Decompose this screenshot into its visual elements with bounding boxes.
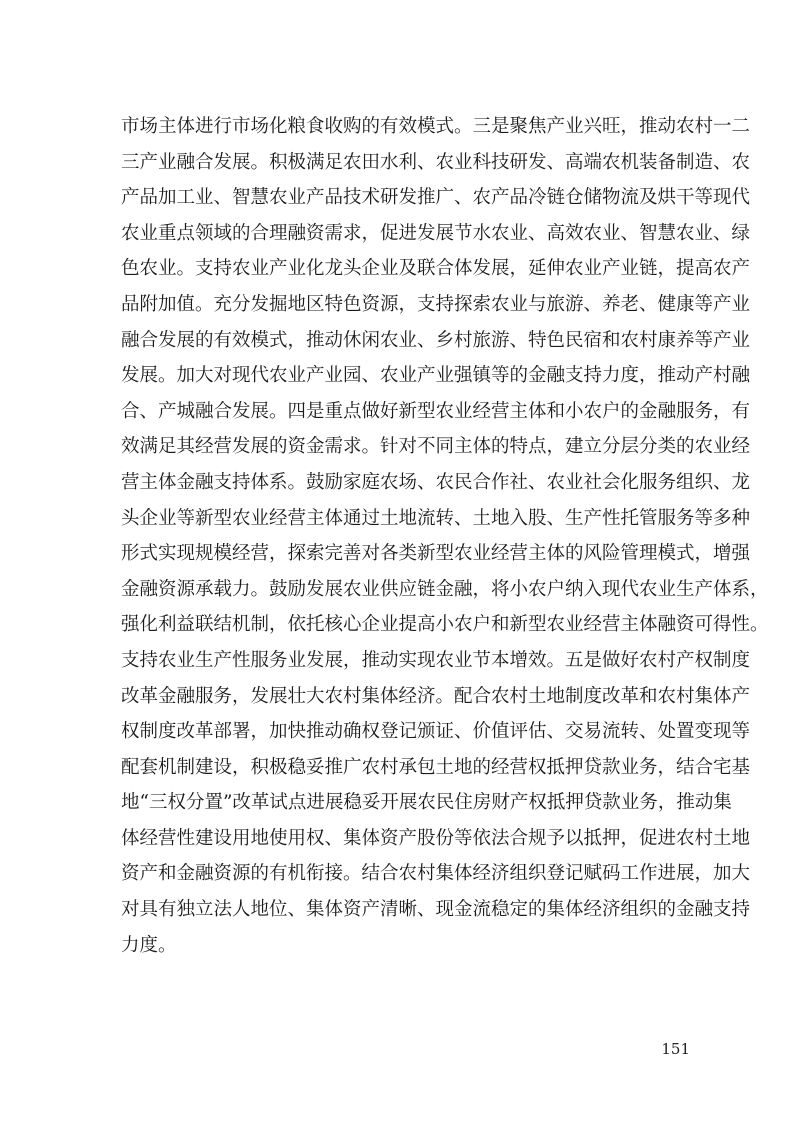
text-line: 营主体金融支持体系。鼓励家庭农场、农民合作社、农业社会化服务组织、龙 <box>121 465 683 501</box>
text-line: 配套机制建设，积极稳妥推广农村承包土地的经营权抵押贷款业务，结合宅基 <box>121 750 683 786</box>
text-line-last: 力度。 <box>121 928 683 964</box>
text-line: 改革金融服务，发展壮大农村集体经济。配合农村土地制度改革和农村集体产 <box>121 679 683 715</box>
text-line: 三产业融合发展。积极满足农田水利、农业科技研发、高端农机装备制造、农 <box>121 145 683 181</box>
text-line: 农业重点领域的合理融资需求，促进发展节水农业、高效农业、智慧农业、绿 <box>121 216 683 252</box>
text-line: 资产和金融资源的有机衔接。结合农村集体经济组织登记赋码工作进展，加大 <box>121 856 683 892</box>
text-line: 头企业等新型农业经营主体通过土地流转、土地入股、生产性托管服务等多种 <box>121 501 683 537</box>
text-line: 对具有独立法人地位、集体资产清晰、现金流稳定的集体经济组织的金融支持 <box>121 892 683 928</box>
text-line: 市场主体进行市场化粮食收购的有效模式。三是聚焦产业兴旺，推动农村一二 <box>121 109 683 145</box>
text-line: 效满足其经营发展的资金需求。针对不同主体的特点，建立分层分类的农业经 <box>121 429 683 465</box>
text-line: 形式实现规模经营，探索完善对各类新型农业经营主体的风险管理模式，增强 <box>121 536 683 572</box>
text-line: 强化利益联结机制，依托核心企业提高小农户和新型农业经营主体融资可得性。 <box>121 607 683 643</box>
text-line: 品附加值。充分发掘地区特色资源，支持探索农业与旅游、养老、健康等产业 <box>121 287 683 323</box>
text-line: 支持农业生产性服务业发展，推动实现农业节本增效。五是做好农村产权制度 <box>121 643 683 679</box>
text-line: 金融资源承载力。鼓励发展农业供应链金融，将小农户纳入现代农业生产体系， <box>121 572 683 608</box>
text-line: 体经营性建设用地使用权、集体资产股份等依法合规予以抵押，促进农村土地 <box>121 821 683 857</box>
text-line: 产品加工业、智慧农业产品技术研发推广、农产品冷链仓储物流及烘干等现代 <box>121 180 683 216</box>
text-line: 权制度改革部署，加快推动确权登记颁证、价值评估、交易流转、处置变现等 <box>121 714 683 750</box>
text-line: 发展。加大对现代农业产业园、农业产业强镇等的金融支持力度，推动产村融 <box>121 358 683 394</box>
body-paragraph: 市场主体进行市场化粮食收购的有效模式。三是聚焦产业兴旺，推动农村一二 三产业融合… <box>121 109 683 963</box>
document-page: 市场主体进行市场化粮食收购的有效模式。三是聚焦产业兴旺，推动农村一二 三产业融合… <box>0 0 793 1122</box>
page-number: 151 <box>650 1040 690 1058</box>
text-line: 色农业。支持农业产业化龙头企业及联合体发展，延伸农业产业链，提高农产 <box>121 251 683 287</box>
text-line: 融合发展的有效模式，推动休闲农业、乡村旅游、特色民宿和农村康养等产业 <box>121 323 683 359</box>
text-line: 合、产城融合发展。四是重点做好新型农业经营主体和小农户的金融服务，有 <box>121 394 683 430</box>
text-line: 地“三权分置”改革试点进展稳妥开展农民住房财产权抵押贷款业务，推动集 <box>121 785 683 821</box>
